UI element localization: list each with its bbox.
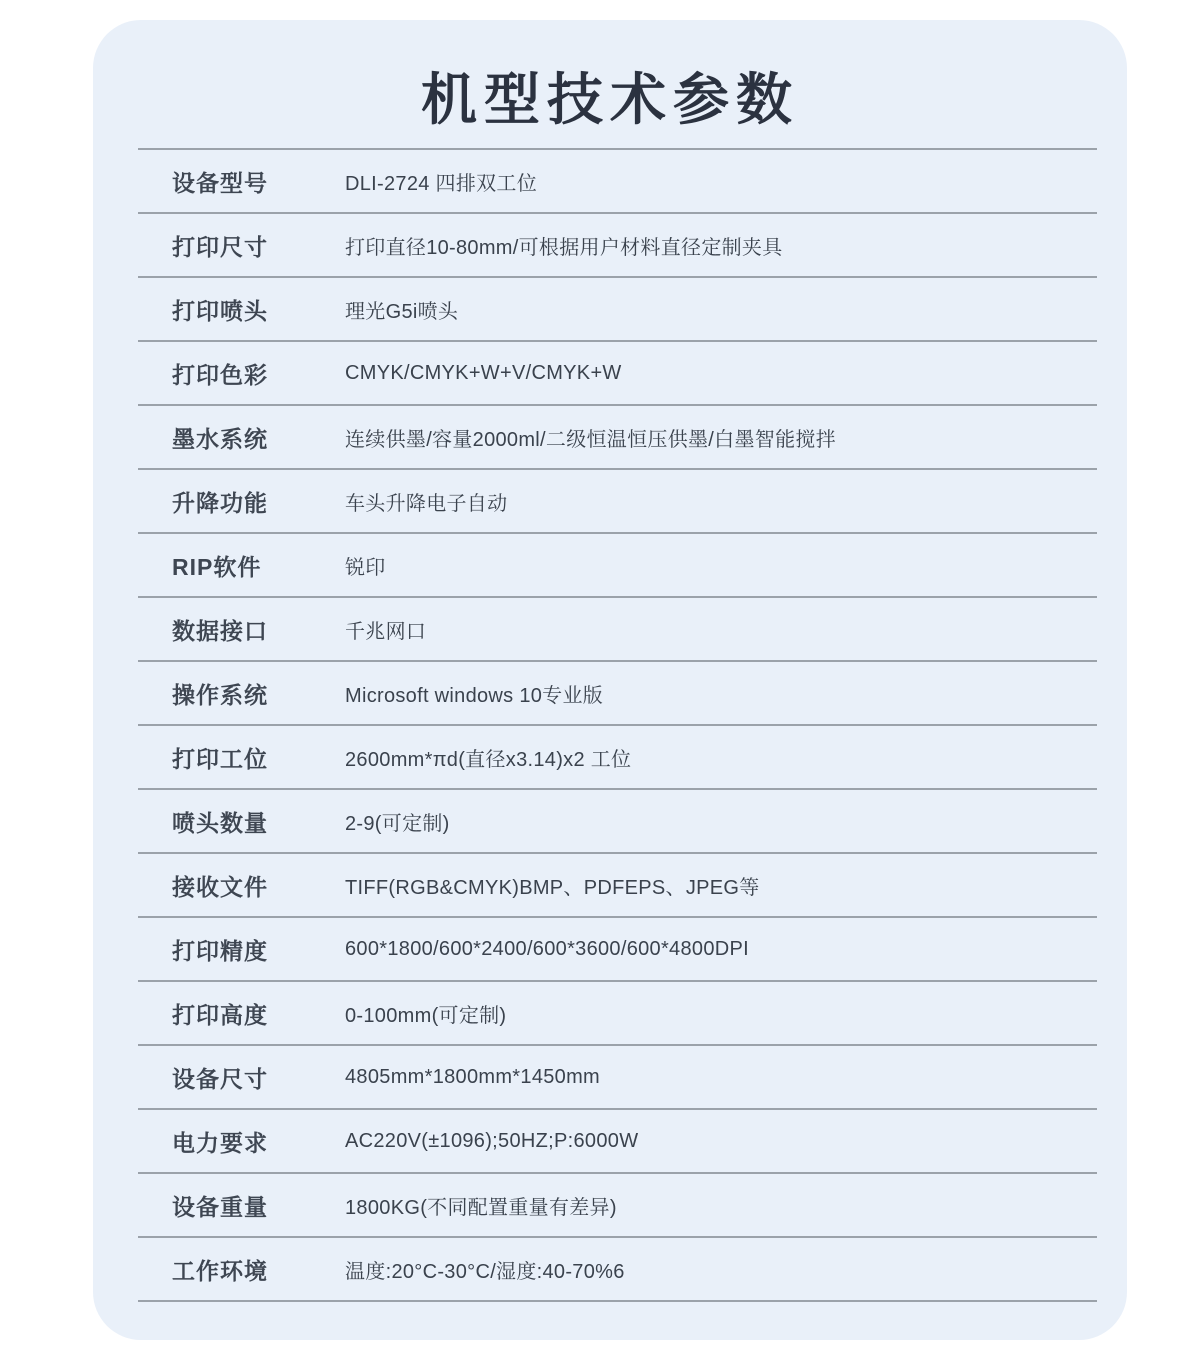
spec-value: 1800KG(不同配置重量有差异) [345,1191,1097,1220]
table-row: 设备尺寸 4805mm*1800mm*1450mm [138,1044,1097,1108]
spec-label: 打印工位 [138,741,345,774]
table-row: 喷头数量 2-9(可定制) [138,788,1097,852]
table-row: 工作环境 温度:20°C-30°C/湿度:40-70%6 [138,1236,1097,1300]
table-row: 数据接口 千兆网口 [138,596,1097,660]
spec-value: 车头升降电子自动 [345,487,1097,516]
spec-value: 温度:20°C-30°C/湿度:40-70%6 [345,1255,1097,1284]
spec-value: 连续供墨/容量2000ml/二级恒温恒压供墨/白墨智能搅拌 [345,423,1097,452]
spec-label: 打印色彩 [138,357,345,390]
spec-label: 数据接口 [138,613,345,646]
spec-table: 设备型号 DLI-2724 四排双工位 打印尺寸 打印直径10-80mm/可根据… [138,148,1097,1302]
spec-value: CMYK/CMYK+W+V/CMYK+W [345,362,1097,385]
spec-value: 0-100mm(可定制) [345,999,1097,1028]
table-row: 设备型号 DLI-2724 四排双工位 [138,148,1097,212]
table-row: 墨水系统 连续供墨/容量2000ml/二级恒温恒压供墨/白墨智能搅拌 [138,404,1097,468]
spec-label: 工作环境 [138,1253,345,1286]
page: 机型技术参数 设备型号 DLI-2724 四排双工位 打印尺寸 打印直径10-8… [0,0,1200,1360]
spec-value: 2600mm*πd(直径x3.14)x2 工位 [345,743,1097,772]
spec-value: TIFF(RGB&CMYK)BMP、PDFEPS、JPEG等 [345,871,1097,900]
spec-label: 升降功能 [138,485,345,518]
spec-label: 打印尺寸 [138,229,345,262]
table-row: 电力要求 AC220V(±1096);50HZ;P:6000W [138,1108,1097,1172]
table-row: 打印精度 600*1800/600*2400/600*3600/600*4800… [138,916,1097,980]
table-row: 打印高度 0-100mm(可定制) [138,980,1097,1044]
table-row: 打印尺寸 打印直径10-80mm/可根据用户材料直径定制夹具 [138,212,1097,276]
spec-value: 锐印 [345,551,1097,580]
spec-label: 设备重量 [138,1189,345,1222]
spec-value: DLI-2724 四排双工位 [345,167,1097,196]
table-row: 操作系统 Microsoft windows 10专业版 [138,660,1097,724]
table-row: 升降功能 车头升降电子自动 [138,468,1097,532]
spec-label: 墨水系统 [138,421,345,454]
spec-value: 4805mm*1800mm*1450mm [345,1066,1097,1089]
table-row: 设备重量 1800KG(不同配置重量有差异) [138,1172,1097,1236]
spec-value: Microsoft windows 10专业版 [345,679,1097,708]
spec-label: 电力要求 [138,1125,345,1158]
spec-value: 600*1800/600*2400/600*3600/600*4800DPI [345,938,1097,961]
spec-label: 设备尺寸 [138,1061,345,1094]
spec-value: 理光G5i喷头 [345,295,1097,324]
spec-label: 接收文件 [138,869,345,902]
spec-label: 喷头数量 [138,805,345,838]
spec-value: 千兆网口 [345,615,1097,644]
spec-label: 打印精度 [138,933,345,966]
table-row: 打印工位 2600mm*πd(直径x3.14)x2 工位 [138,724,1097,788]
spec-value: AC220V(±1096);50HZ;P:6000W [345,1130,1097,1153]
spec-card: 机型技术参数 设备型号 DLI-2724 四排双工位 打印尺寸 打印直径10-8… [93,20,1127,1340]
table-row: RIP软件 锐印 [138,532,1097,596]
spec-value: 打印直径10-80mm/可根据用户材料直径定制夹具 [345,231,1097,260]
table-row: 打印喷头 理光G5i喷头 [138,276,1097,340]
table-row: 打印色彩 CMYK/CMYK+W+V/CMYK+W [138,340,1097,404]
spec-label: 打印高度 [138,997,345,1030]
spec-label: 操作系统 [138,677,345,710]
spec-value: 2-9(可定制) [345,807,1097,836]
spec-label: 设备型号 [138,165,345,198]
page-title: 机型技术参数 [93,52,1127,148]
spec-label: RIP软件 [138,549,345,582]
spec-label: 打印喷头 [138,293,345,326]
table-row: 接收文件 TIFF(RGB&CMYK)BMP、PDFEPS、JPEG等 [138,852,1097,916]
